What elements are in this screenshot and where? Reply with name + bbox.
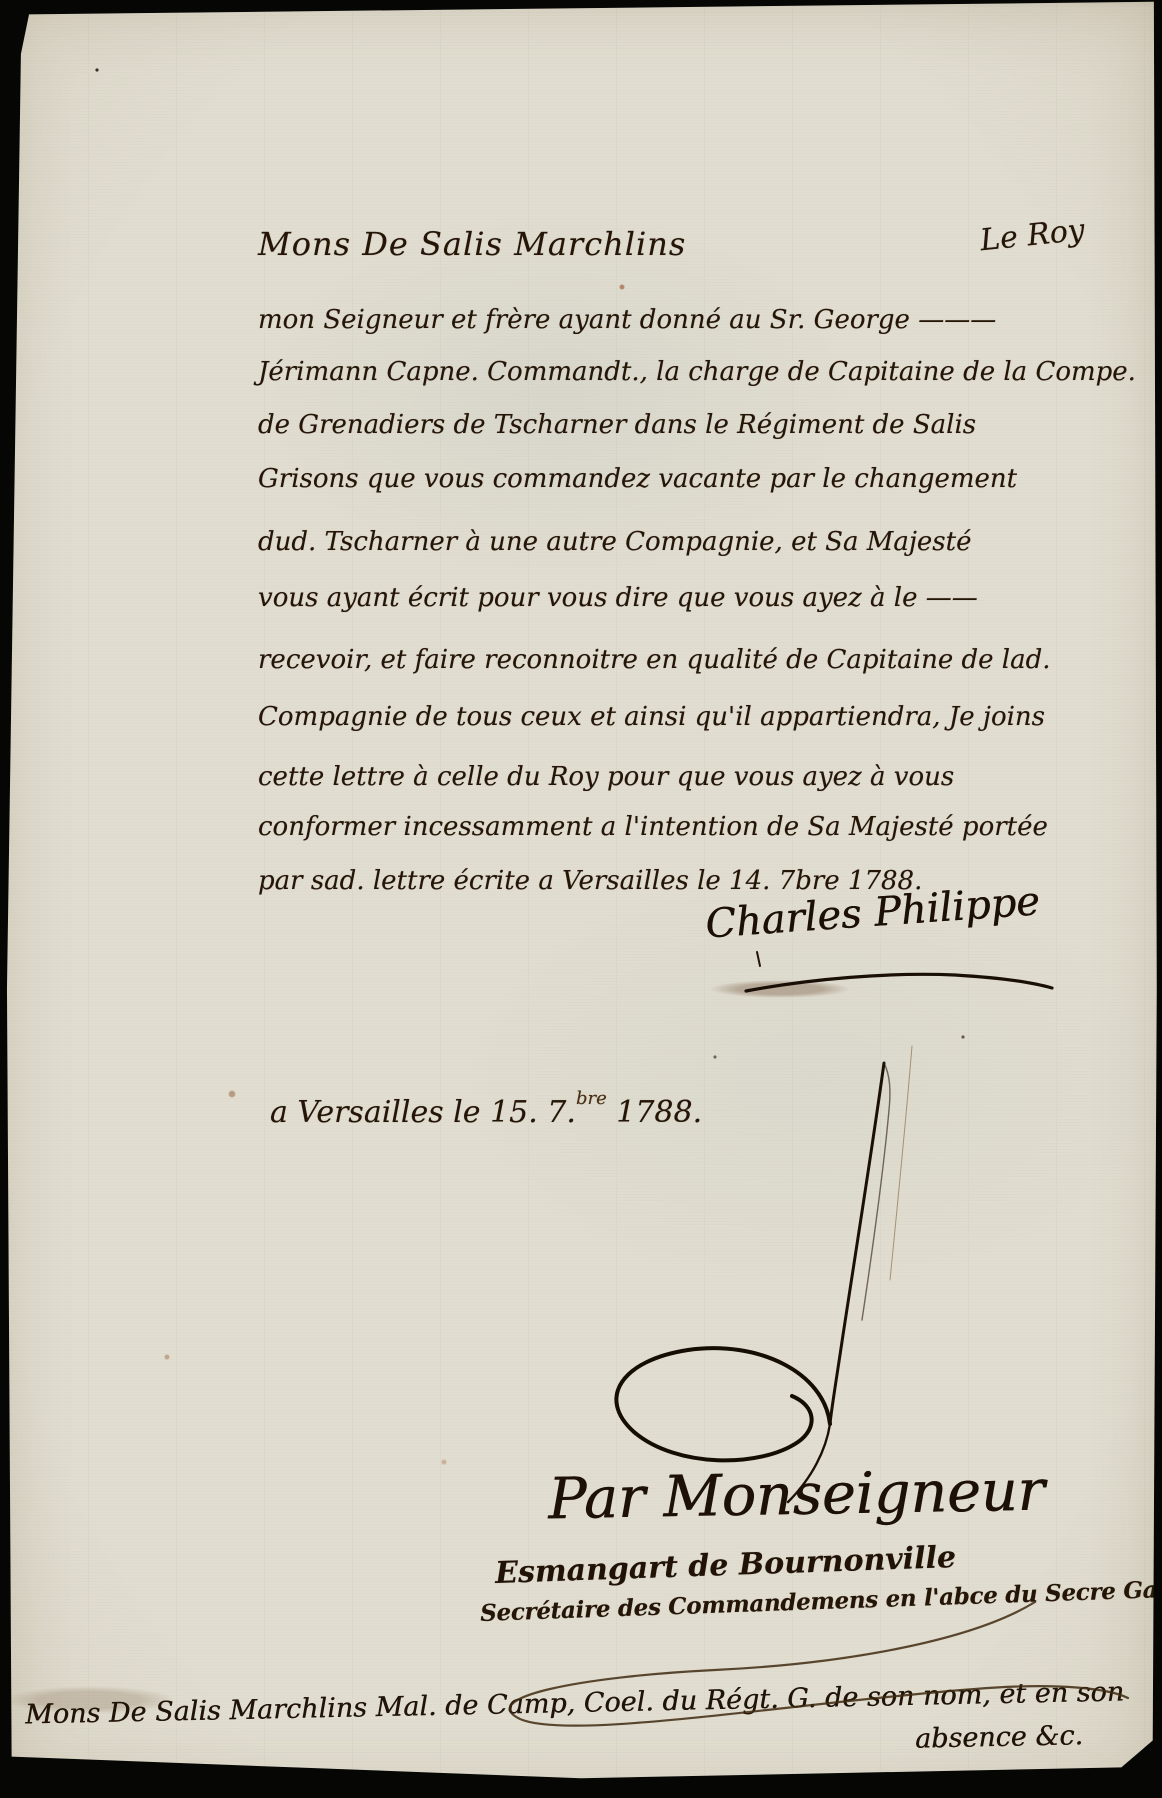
place-date-superscript: bre [576, 1088, 607, 1109]
place-date-prefix: a Versailles le 15. 7. [270, 1095, 576, 1130]
letter-body-line: par sad. lettre écrite a Versailles le 1… [258, 866, 922, 896]
place-date-suffix: 1788. [607, 1095, 702, 1130]
scan-background: { "scan": { "background_color": "#060605… [0, 0, 1162, 1798]
letter-body-line: Grisons que vous commandez vacante par l… [258, 464, 1017, 494]
letter-body-line: Jérimann Capne. Commandt., la charge de … [258, 357, 1136, 387]
letter-body-line: dud. Tscharner à une autre Compagnie, et… [258, 527, 972, 557]
letter-body-line: Compagnie de tous ceux et ainsi qu'il ap… [258, 702, 1045, 732]
letter-body-line: cette lettre à celle du Roy pour que vou… [258, 762, 954, 792]
addressee-heading: Mons De Salis Marchlins [258, 225, 686, 263]
letter-body-line: de Grenadiers de Tscharner dans le Régim… [258, 410, 976, 440]
manuscript-paper: Mons De Salis Marchlins Le Roy mon Seign… [0, 0, 1162, 1798]
letter-body-line: vous ayant écrit pour vous dire que vous… [258, 583, 978, 613]
par-monseigneur-formula: Par Monseigneur [547, 1458, 1045, 1533]
docket-line: absence &c. [915, 1720, 1084, 1755]
letter-body-line: recevoir, et faire reconnoitre en qualit… [258, 645, 1051, 675]
letter-body-line: mon Seigneur et frère ayant donné au Sr.… [258, 305, 996, 335]
place-date-line: a Versailles le 15. 7.bre 1788. [270, 1088, 702, 1130]
letter-body-line: conformer incessamment a l'intention de … [258, 812, 1048, 842]
